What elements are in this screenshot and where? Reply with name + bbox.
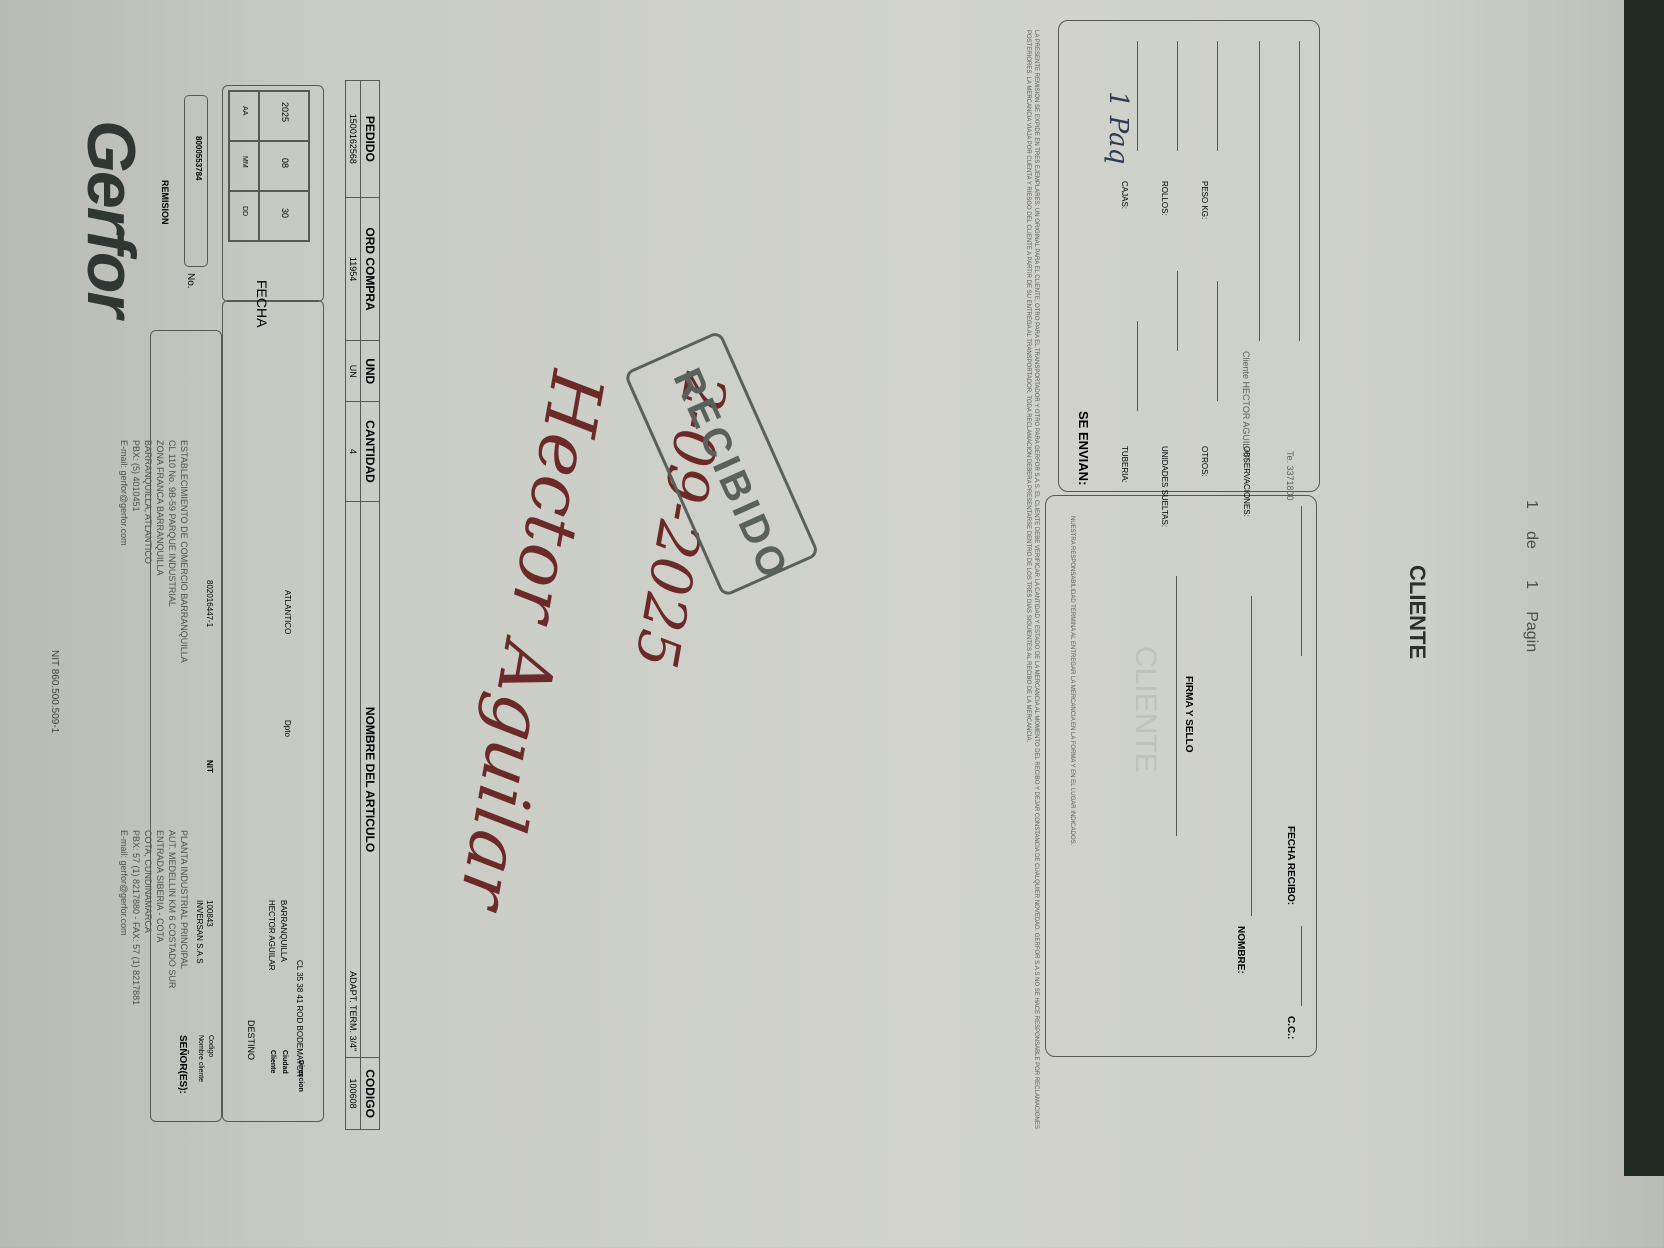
- nombre-line: [1251, 596, 1252, 916]
- fecha-grid: AA 2025 MM 08 DD 30: [228, 90, 310, 242]
- destination-box: [222, 300, 324, 1122]
- cell-codigo: 100608: [346, 1058, 361, 1130]
- cajas-line: [1137, 41, 1138, 151]
- customer-code: 100843: [205, 900, 214, 927]
- remision-document: Gerfor NIT 860.500.509-1 ESTABLECIMIENTO…: [0, 0, 1664, 1248]
- fecha-cell: MM: [229, 141, 259, 191]
- gerfor-logo-text: Gerfor: [72, 120, 150, 316]
- items-table-wrap: PEDIDO ORD COMPRA UND CANTIDAD NOMBRE DE…: [345, 80, 380, 1130]
- telefono-value: Te. 3371800: [1285, 451, 1295, 501]
- gerfor-logo: Gerfor: [30, 120, 150, 420]
- rollos-label: ROLLOS:: [1160, 181, 1169, 216]
- peso-label: PESO KG:: [1200, 181, 1209, 219]
- receipt-note: NUESTRA RESPONSABILIDAD TERMINA AL ENTRE…: [1068, 516, 1076, 1016]
- fecha-day: 30: [280, 208, 290, 218]
- destination-city-label: Ciudad: [281, 1050, 288, 1074]
- cajas-label: CAJAS:: [1120, 181, 1129, 209]
- destination-city: BARRANQUILLA: [279, 900, 288, 962]
- col-codigo: CODIGO: [361, 1058, 380, 1130]
- cell-und: UN: [346, 341, 361, 401]
- fecha-label: FECHA: [254, 280, 270, 327]
- remision-label: REMISION: [160, 180, 170, 225]
- destination-section-label: DESTINO: [246, 1020, 256, 1060]
- page-current: 1: [1523, 580, 1540, 589]
- branch-address-line: E-mail: gerfor@gerfor.com: [118, 440, 130, 663]
- receipt-watermark: CLIENTE: [1128, 646, 1162, 773]
- unidades-sueltas-label: UNIDADES SUELTAS:: [1160, 446, 1169, 527]
- customer-box: [150, 330, 222, 1122]
- cajas-value: 1 Paq: [1103, 91, 1133, 164]
- shipping-box: SE ENVIAN: TUBERIA: CAJAS: 1 Paq UNIDADE…: [1058, 20, 1320, 492]
- customer-name-label: Nombre cliente: [197, 1035, 204, 1082]
- fecha-year: 2025: [280, 102, 290, 122]
- pagination: 1 de 1 Pagin: [1522, 500, 1540, 652]
- cell-cantidad: 4: [346, 401, 361, 501]
- fecha-cell: 08: [259, 141, 309, 191]
- tuberia-line: [1137, 321, 1138, 411]
- page-of-label: de: [1523, 531, 1540, 549]
- handwritten-signature: Hector Aguilar: [443, 365, 620, 915]
- firma-line: [1176, 576, 1177, 836]
- fecha-cell: 30: [259, 191, 309, 241]
- page-label: Pagin: [1523, 611, 1540, 652]
- customer-section-label: SEÑOR(ES):: [177, 1035, 188, 1094]
- table-row: 1500162568 11954 UN 4 ADAPT. TERM. 3/4" …: [346, 81, 361, 1130]
- rollos-line: [1177, 41, 1178, 151]
- fecha-recibo-line: [1301, 506, 1302, 656]
- remision-number-field: 8000553784: [184, 95, 208, 267]
- col-und: UND: [361, 341, 380, 401]
- telefono-line: [1299, 41, 1300, 341]
- fecha-recibo-label: FECHA RECIBO:: [1285, 826, 1296, 905]
- otros-label: OTROS:: [1200, 446, 1209, 477]
- remision-number: 8000553784: [194, 136, 203, 181]
- receipt-box: NUESTRA RESPONSABILIDAD TERMINA AL ENTRE…: [1045, 495, 1317, 1057]
- col-cantidad: CANTIDAD: [361, 401, 380, 501]
- legal-text-wrap: LA PRESENTE REMISION SE EXPIDE EN TRES E…: [945, 30, 1040, 1160]
- branch-address-line: PBX: (5) 4010451: [130, 440, 142, 663]
- destination-dpto: ATLANTICO: [283, 590, 292, 634]
- items-table-header-row: PEDIDO ORD COMPRA UND CANTIDAD NOMBRE DE…: [361, 81, 380, 1130]
- col-pedido: PEDIDO: [361, 81, 380, 198]
- cell-ord-compra: 11954: [346, 197, 361, 341]
- destination-address: CL 35 38 41 ROD BODEMAYOR: [295, 960, 304, 1077]
- customer-nit-label: NIT: [205, 760, 214, 773]
- cc-line: [1301, 926, 1302, 1006]
- remision-no-label: No.: [185, 273, 196, 289]
- plant-address-line: PBX: 57 (1) 8217880 - FAX: 57 (1) 821788…: [130, 830, 142, 1005]
- fecha-header-aa: AA: [241, 106, 248, 115]
- items-table: PEDIDO ORD COMPRA UND CANTIDAD NOMBRE DE…: [345, 80, 380, 1130]
- observaciones-value: Cliente HECTOR AGUILAR: [1241, 351, 1251, 461]
- cell-pedido: 1500162568: [346, 81, 361, 198]
- tuberia-label: TUBERIA:: [1120, 446, 1129, 483]
- unidades-sueltas-line: [1177, 271, 1178, 351]
- fecha-cell: AA: [229, 91, 259, 141]
- fecha-header-mm: MM: [241, 156, 248, 168]
- fecha-cell: DD: [229, 191, 259, 241]
- customer-code-label: Codigo: [207, 1035, 214, 1057]
- fecha-header-dd: DD: [241, 206, 248, 216]
- plant-address-line: E-mail: gerfor@gerfor.com: [118, 830, 130, 1005]
- col-ord-compra: ORD COMPRA: [361, 197, 380, 341]
- destination-dpto-label: Dpto: [283, 720, 292, 737]
- cell-articulo: ADAPT. TERM. 3/4": [346, 502, 361, 1058]
- page-total: 1: [1523, 500, 1540, 509]
- observaciones-line: [1259, 41, 1260, 341]
- customer-name: INVERSAN S.A.S: [195, 900, 204, 964]
- company-nit: NIT 860.500.509-1: [49, 650, 60, 733]
- firma-label: FIRMA Y SELLO: [1183, 676, 1194, 753]
- remision-box: REMISION 8000553784 No.: [160, 85, 220, 295]
- customer-nit: 802016447-1: [205, 580, 214, 627]
- cc-label: C.C.:: [1285, 1016, 1296, 1039]
- destination-client: HECTOR AGUILAR: [267, 900, 276, 971]
- legal-text: LA PRESENTE REMISION SE EXPIDE EN TRES E…: [945, 30, 1040, 1160]
- fecha-month: 08: [280, 158, 290, 168]
- otros-line: [1217, 281, 1218, 401]
- copy-label: CLIENTE: [1404, 565, 1430, 659]
- destination-client-label: Cliente: [269, 1050, 276, 1073]
- col-articulo: NOMBRE DEL ARTICULO: [361, 502, 380, 1058]
- nombre-label: NOMBRE:: [1235, 926, 1246, 974]
- peso-line: [1217, 41, 1218, 151]
- fecha-cell: 2025: [259, 91, 309, 141]
- shipping-title: SE ENVIAN:: [1076, 411, 1091, 485]
